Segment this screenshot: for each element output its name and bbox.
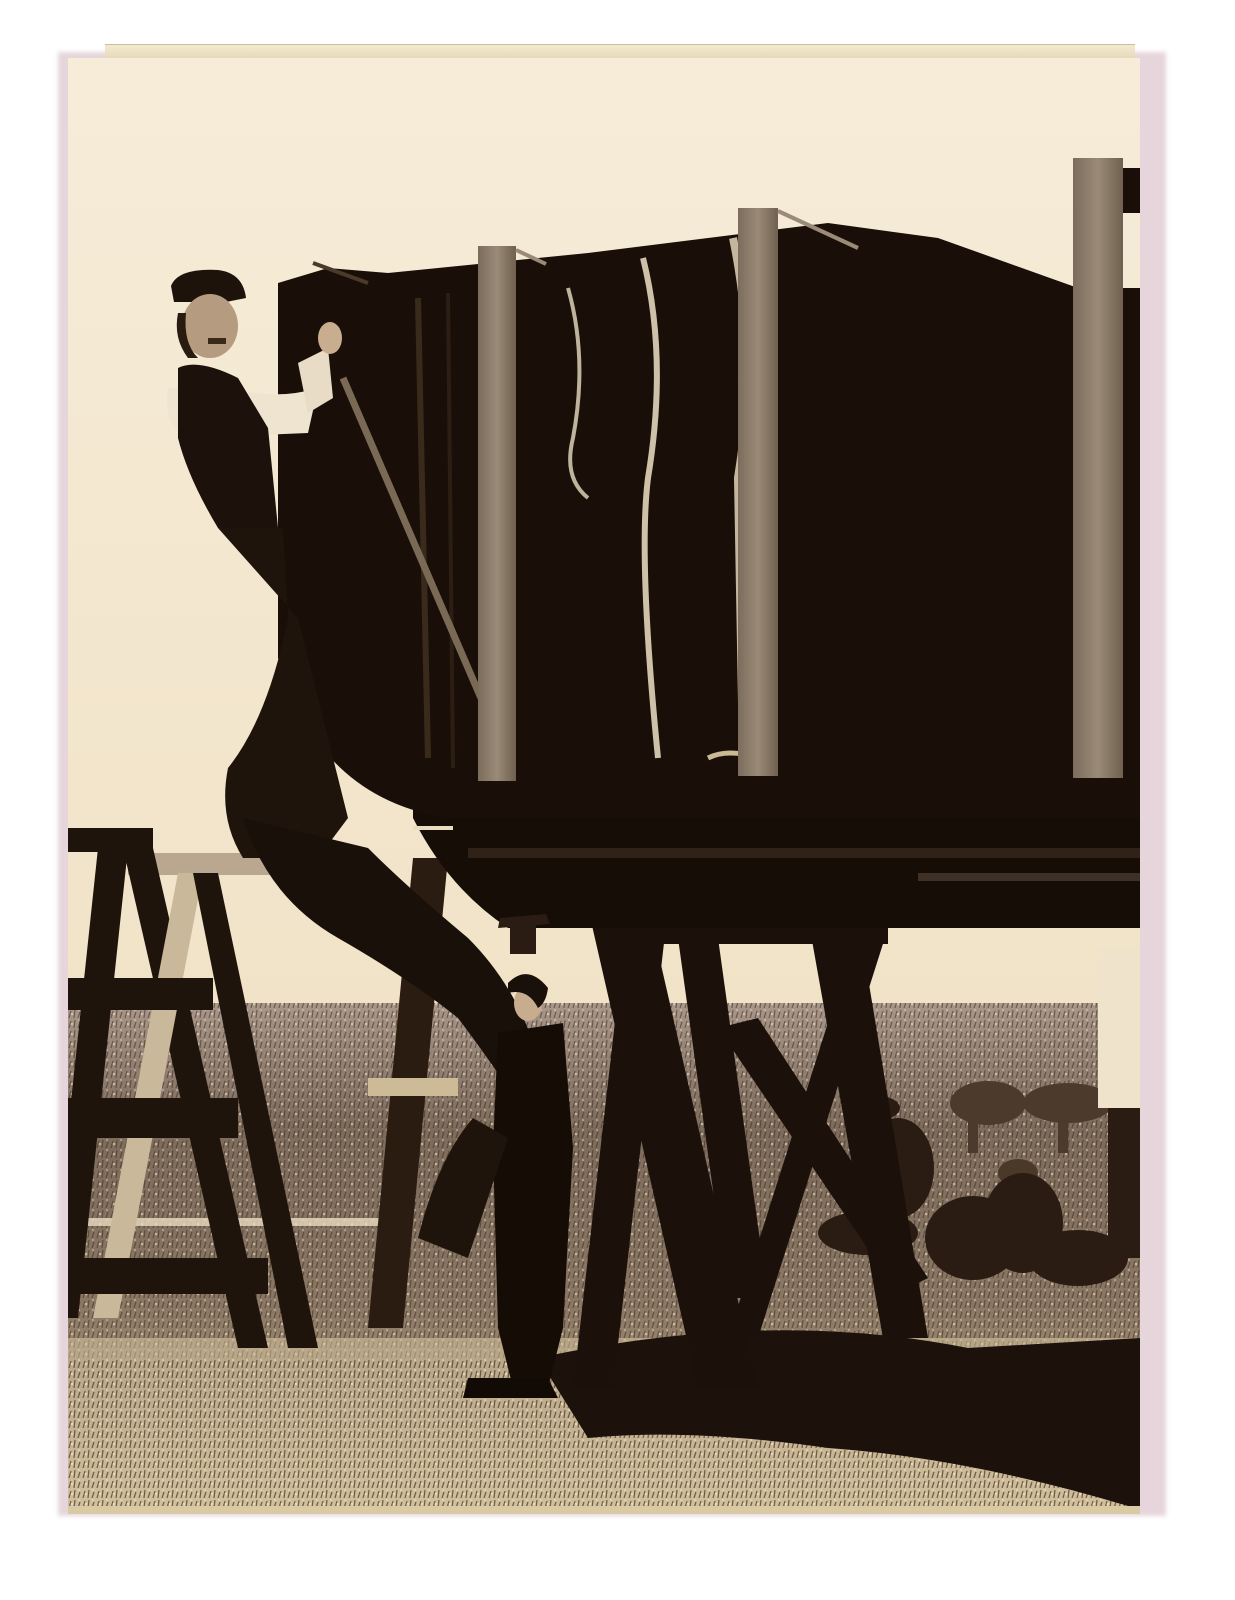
photo-scene: [68, 58, 1140, 1506]
camera-bellows: [278, 223, 1140, 818]
photograph: [68, 58, 1140, 1514]
